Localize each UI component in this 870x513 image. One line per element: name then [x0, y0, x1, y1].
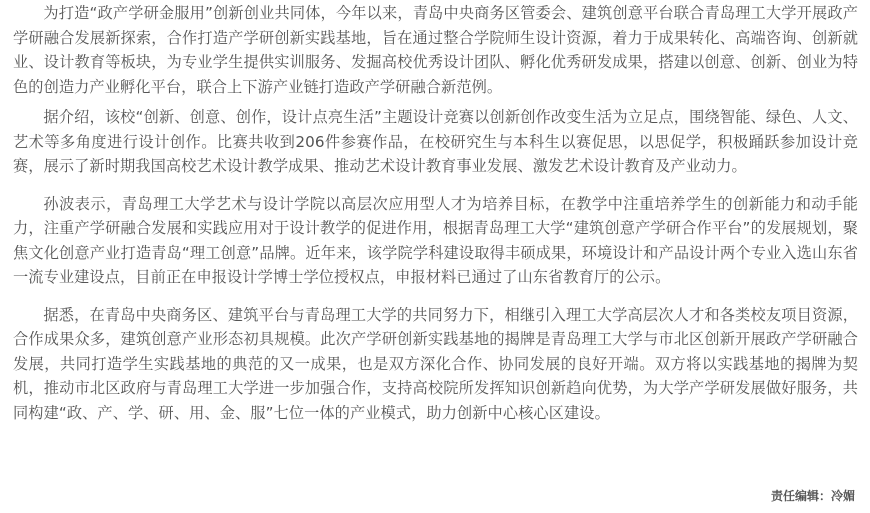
article-body: 为打造“政产学研金服用”创新创业共同体，今年以来，青岛中央商务区管委会、建筑创意…: [13, 0, 858, 425]
article-paragraph-4: 据悉，在青岛中央商务区、建筑平台与青岛理工大学的共同努力下，相继引入理工大学高层…: [13, 303, 858, 426]
article-paragraph-3: 孙波表示，青岛理工大学艺术与设计学院以高层次应用型人才为培养目标，在教学中注重培…: [13, 192, 858, 290]
article-paragraph-1: 为打造“政产学研金服用”创新创业共同体，今年以来，青岛中央商务区管委会、建筑创意…: [13, 0, 858, 99]
article-paragraph-2: 据介绍，该校“创新、创意、创作，设计点亮生活”主题设计竞赛以创新创作改变生活为立…: [13, 105, 858, 179]
responsible-editor: 责任编辑：冷媚: [771, 488, 855, 504]
